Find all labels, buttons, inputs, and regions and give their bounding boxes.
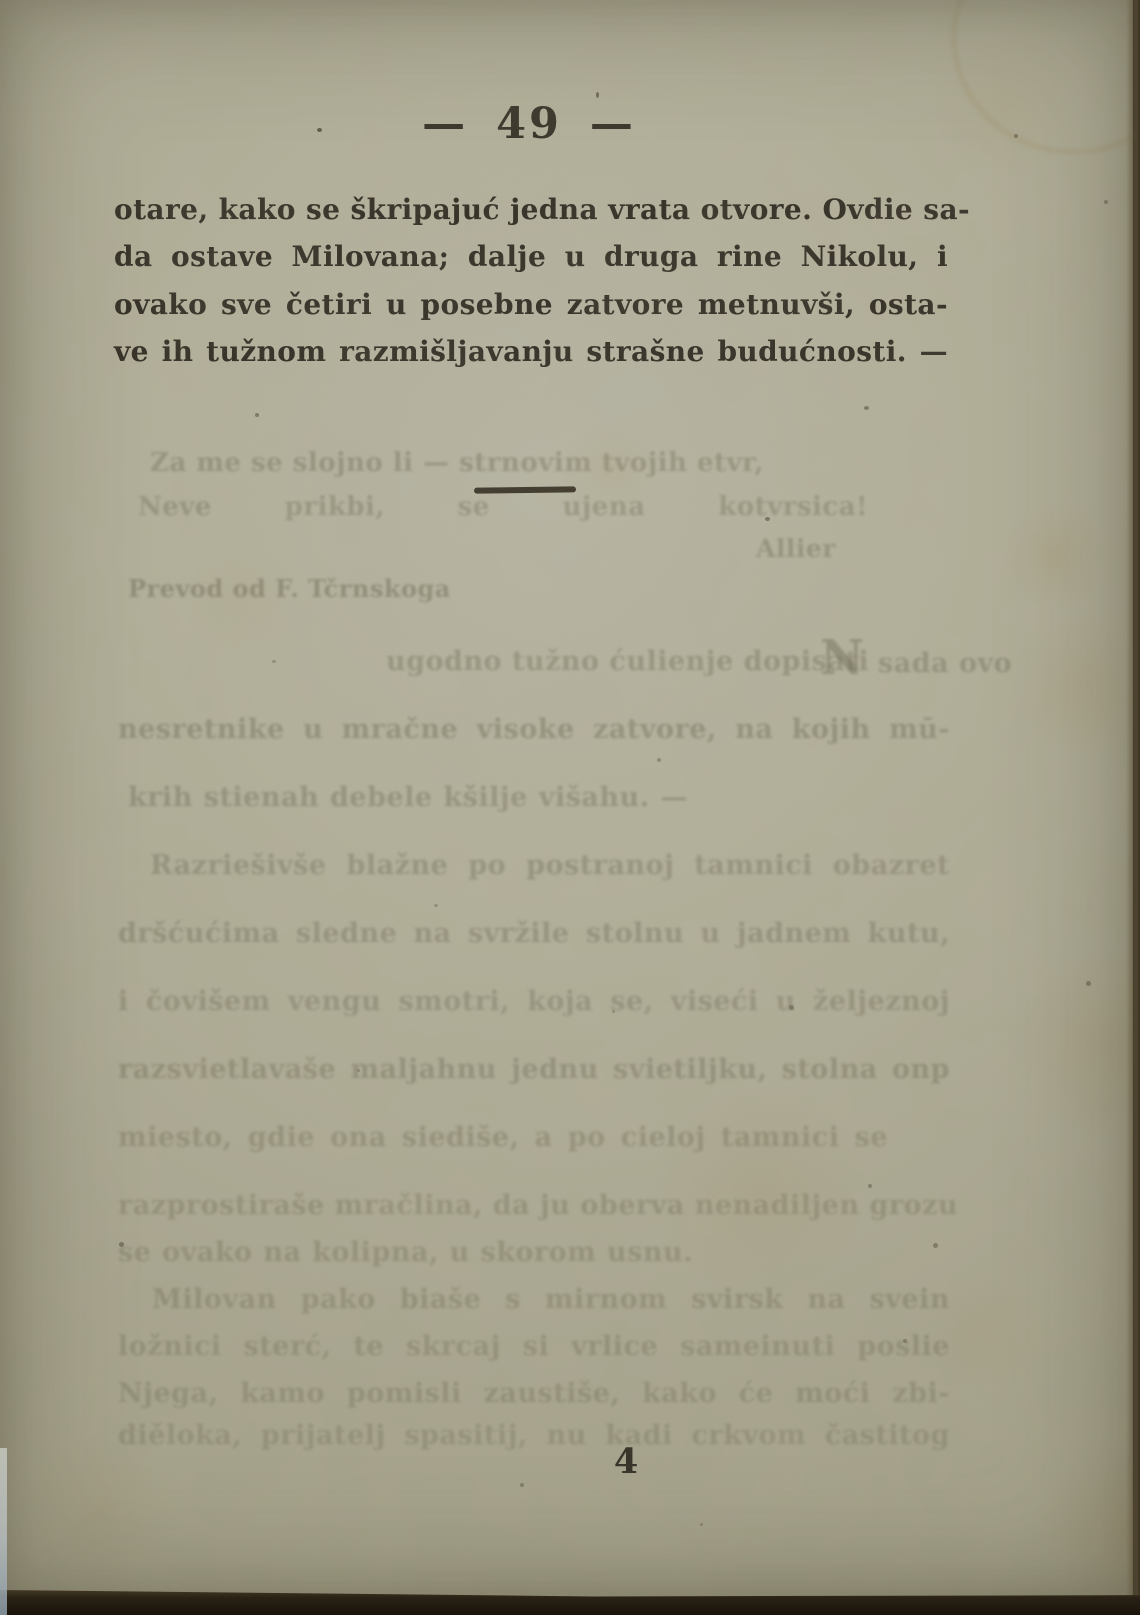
ink-speck <box>1014 134 1018 138</box>
bleedthrough-line: Neve prikbi, se ujena kotvrsica! <box>138 492 868 522</box>
tide-line-stain <box>952 0 1140 154</box>
section-divider-rule <box>474 486 576 493</box>
bleedthrough-line: se ovako na kolipna, u skorom usnu. <box>118 1237 693 1268</box>
bleedthrough-line: i čovišem vengu smotri, koja se, viseći … <box>118 986 950 1017</box>
paper-stain <box>1040 1440 1140 1610</box>
paragraph-line: ve ih tužnom razmišljavanju strašne budu… <box>114 328 948 375</box>
ink-speck <box>657 758 661 762</box>
bleedthrough-line: N <box>820 630 864 686</box>
ink-speck <box>1086 981 1091 986</box>
paper-stain <box>1010 610 1140 760</box>
bleedthrough-line: razsvietlavaše maljahnu jednu svietiljku… <box>118 1054 950 1085</box>
ink-speck <box>520 1483 524 1487</box>
paper-stain <box>20 1430 180 1590</box>
bleedthrough-line: ugodno tužno ćulienje dopisati <box>386 646 806 677</box>
signature-mark: 4 <box>596 1441 656 1482</box>
bleedthrough-line: Njega, kamo pomisli zaustiše, kako će mo… <box>118 1378 950 1409</box>
ink-speck <box>357 1069 360 1072</box>
ink-speck <box>1104 200 1108 204</box>
bleedthrough-line: Razriešivše blažne po postranoj tamnici … <box>150 850 950 881</box>
bleedthrough-line: ložnici sterć, te skrcaj si vrlice samei… <box>118 1331 950 1362</box>
ink-speck <box>612 1010 615 1013</box>
bottom-blue-sliver <box>34 1602 374 1615</box>
ink-speck <box>903 1339 907 1343</box>
paper-stain <box>1010 950 1140 1140</box>
ink-speck <box>434 904 438 907</box>
under-page-left-edge <box>0 1448 7 1615</box>
bleedthrough-line: Prevod od F. Tčrnskoga <box>128 574 380 603</box>
ink-speck <box>868 1184 872 1188</box>
ink-speck <box>789 1005 794 1010</box>
ink-speck <box>317 128 322 132</box>
bleedthrough-line: Za me se slojno li — strnovim tvojih etv… <box>150 448 645 478</box>
ink-speck <box>765 517 770 521</box>
bleedthrough-line: diěloka, prijatelj spasitij, nu kadi crk… <box>118 1420 950 1451</box>
ink-speck <box>272 660 276 663</box>
paragraph-line: ovako sve četiri u posebne zatvore metnu… <box>114 281 948 328</box>
ink-speck <box>700 1523 703 1526</box>
ink-speck <box>119 1242 124 1247</box>
paper-stain <box>1000 500 1110 610</box>
bleedthrough-line: krih stienah debele kšilje višahu. — <box>128 782 688 813</box>
bleedthrough-line: Milovan pako biaše s mirnom svirsk na sv… <box>152 1284 950 1315</box>
scanned-book-page-photo: Za me se slojno li — strnovim tvojih etv… <box>0 0 1140 1615</box>
page-number-header: — 49 — <box>114 99 944 149</box>
paragraph-line: da ostave Milovana; dalje u druga rine N… <box>114 233 948 280</box>
ink-speck <box>596 92 599 98</box>
ink-speck <box>255 413 259 417</box>
body-paragraph: otare, kako se škripajuć jedna vrata otv… <box>114 186 948 375</box>
bleedthrough-line: dršćućima sledne na svržile stolnu u jad… <box>118 918 950 949</box>
bleedthrough-line: razprostiraše mračlina, da ju oberva nen… <box>118 1190 950 1221</box>
ink-speck <box>933 1243 938 1248</box>
paragraph-line: otare, kako se škripajuć jedna vrata otv… <box>114 186 948 233</box>
bleedthrough-line: miesto, gdie ona siediše, a po cieloj ta… <box>118 1122 888 1153</box>
page-edge-right-shadow <box>1126 0 1140 1615</box>
bleedthrough-line: nesretnike u mračne visoke zatvore, na k… <box>118 714 950 745</box>
ink-speck <box>864 406 869 410</box>
bleedthrough-line: sada ovo <box>878 648 1006 679</box>
book-page: Za me se slojno li — strnovim tvojih etv… <box>0 0 1133 1597</box>
bleedthrough-line: Allier <box>756 534 836 563</box>
